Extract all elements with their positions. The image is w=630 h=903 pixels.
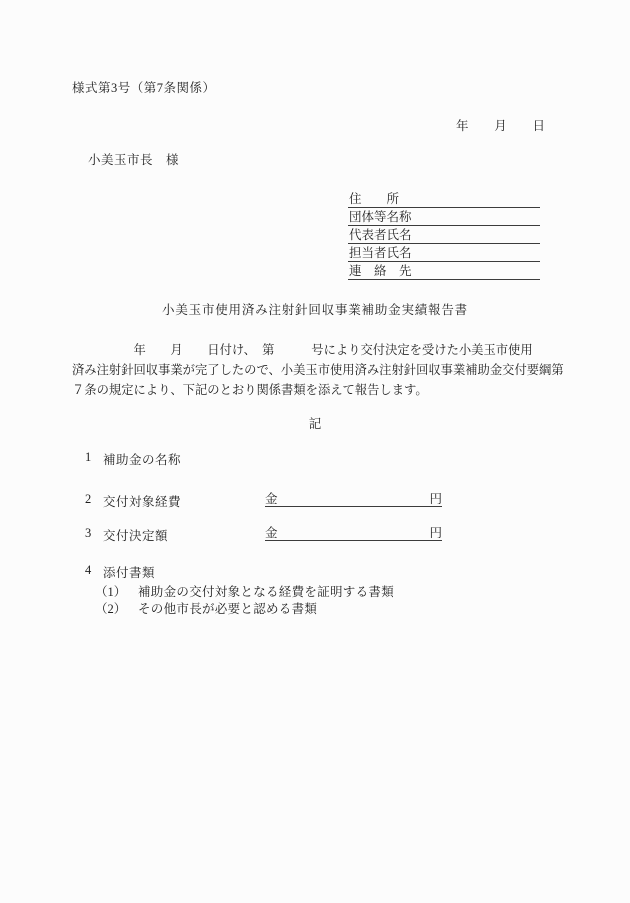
item-label: 交付対象経費 — [103, 492, 181, 510]
attachment-number: （2） — [95, 599, 126, 617]
item-label: 補助金の名称 — [103, 450, 181, 468]
amount-suffix-yen: 円 — [429, 525, 442, 540]
applicant-fields: 住 所 団体等名称 代表者氏名 担当者氏名 連 絡 先 — [348, 190, 540, 280]
body-line-1: 年 月 日付け、 第 号により交付決定を受けた小美玉市使用 — [72, 340, 572, 360]
amount-prefix-yen-kanji: 金 — [265, 525, 278, 540]
field-organization-name: 団体等名称 — [348, 208, 540, 226]
attachment-text: 補助金の交付対象となる経費を証明する書類 — [138, 582, 394, 600]
item-number: 1 — [85, 450, 91, 465]
body-line-3: ７条の規定により、下記のとおり関係書類を添えて報告します。 — [72, 380, 572, 400]
attachment-item-2: （2） その他市長が必要と認める書類 — [0, 599, 630, 614]
field-contact-info: 連 絡 先 — [348, 262, 540, 280]
field-representative-name: 代表者氏名 — [348, 226, 540, 244]
grant-decision-amount-blank: 金 円 — [265, 525, 442, 541]
field-contact-info-label: 連 絡 先 — [349, 264, 412, 278]
date-year-label: 年 — [456, 116, 469, 134]
item-eligible-expenses: 2 交付対象経費 金 円 — [0, 492, 630, 508]
field-contact-person-name: 担当者氏名 — [348, 244, 540, 262]
date-line: 年 月 日 — [456, 116, 545, 134]
document-title: 小美玉市使用済み注射針回収事業補助金実績報告書 — [0, 300, 630, 318]
item-attached-documents: 4 添付書類 — [0, 563, 630, 579]
date-month-label: 月 — [494, 116, 507, 134]
item-number: 4 — [85, 563, 91, 578]
item-number: 2 — [85, 492, 91, 507]
amount-suffix-yen: 円 — [429, 491, 442, 506]
attachment-number: （1） — [95, 582, 126, 600]
field-representative-name-label: 代表者氏名 — [349, 228, 412, 242]
form-number: 様式第3号（第7条関係） — [72, 78, 216, 96]
eligible-expenses-amount-blank: 金 円 — [265, 491, 442, 507]
field-address: 住 所 — [348, 190, 540, 208]
document-page: 様式第3号（第7条関係） 年 月 日 小美玉市長 様 住 所 団体等名称 代表者… — [0, 0, 630, 903]
addressee: 小美玉市長 様 — [88, 150, 179, 168]
field-contact-person-name-label: 担当者氏名 — [349, 246, 412, 260]
field-address-label: 住 所 — [349, 192, 399, 206]
item-number: 3 — [85, 526, 91, 541]
body-paragraph: 年 月 日付け、 第 号により交付決定を受けた小美玉市使用 済み注射針回収事業が… — [72, 340, 572, 400]
item-subsidy-name: 1 補助金の名称 — [0, 450, 630, 466]
item-grant-decision-amount: 3 交付決定額 金 円 — [0, 526, 630, 542]
amount-prefix-yen-kanji: 金 — [265, 491, 278, 506]
item-label: 交付決定額 — [103, 526, 168, 544]
date-day-label: 日 — [532, 116, 545, 134]
attachment-item-1: （1） 補助金の交付対象となる経費を証明する書類 — [0, 582, 630, 597]
item-label: 添付書類 — [103, 563, 155, 581]
field-organization-name-label: 団体等名称 — [349, 210, 412, 224]
attachment-text: その他市長が必要と認める書類 — [138, 599, 317, 617]
body-line-2: 済み注射針回収事業が完了したので、小美玉市使用済み注射針回収事業補助金交付要綱第 — [72, 360, 572, 380]
record-marker: 記 — [0, 414, 630, 432]
